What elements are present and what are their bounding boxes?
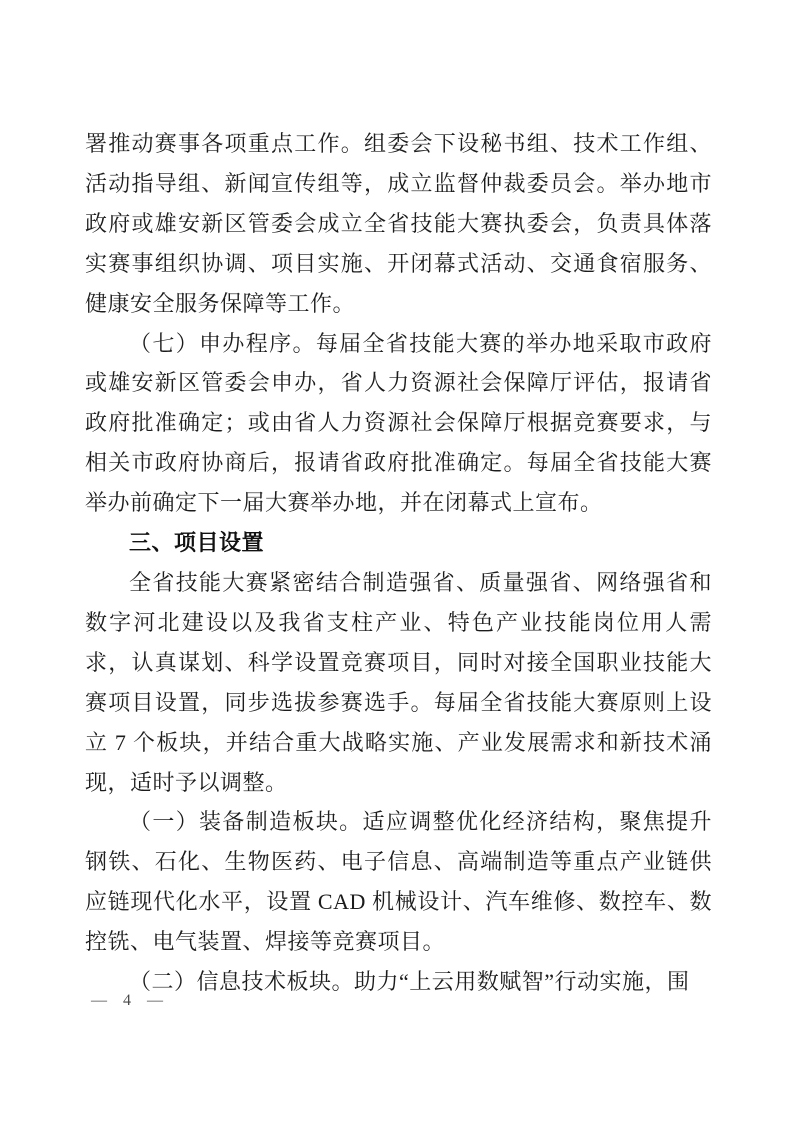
paragraph-application-procedure: （七）申办程序。每届全省技能大赛的举办地采取市政府或雄安新区管委会申办，省人力资… [85,324,712,524]
paragraph-information-technology-block: （二）信息技术板块。助力“上云用数赋智”行动实施，围 [85,962,712,1002]
paragraph-project-overview: 全省技能大赛紧密结合制造强省、质量强省、网络强省和数字河北建设以及我省支柱产业、… [85,563,712,802]
section-heading-project-setup: 三、项目设置 [85,523,712,563]
page-number: — 4 — [91,991,169,1011]
paragraph-equipment-manufacturing-block: （一）装备制造板块。适应调整优化经济结构，聚焦提升钢铁、石化、生物医药、电子信息… [85,802,712,962]
document-page: 署推动赛事各项重点工作。组委会下设秘书组、技术工作组、活动指导组、新闻宣传组等，… [0,0,794,1122]
document-body: 署推动赛事各项重点工作。组委会下设秘书组、技术工作组、活动指导组、新闻宣传组等，… [85,124,712,1002]
paragraph-continuation: 署推动赛事各项重点工作。组委会下设秘书组、技术工作组、活动指导组、新闻宣传组等，… [85,124,712,324]
